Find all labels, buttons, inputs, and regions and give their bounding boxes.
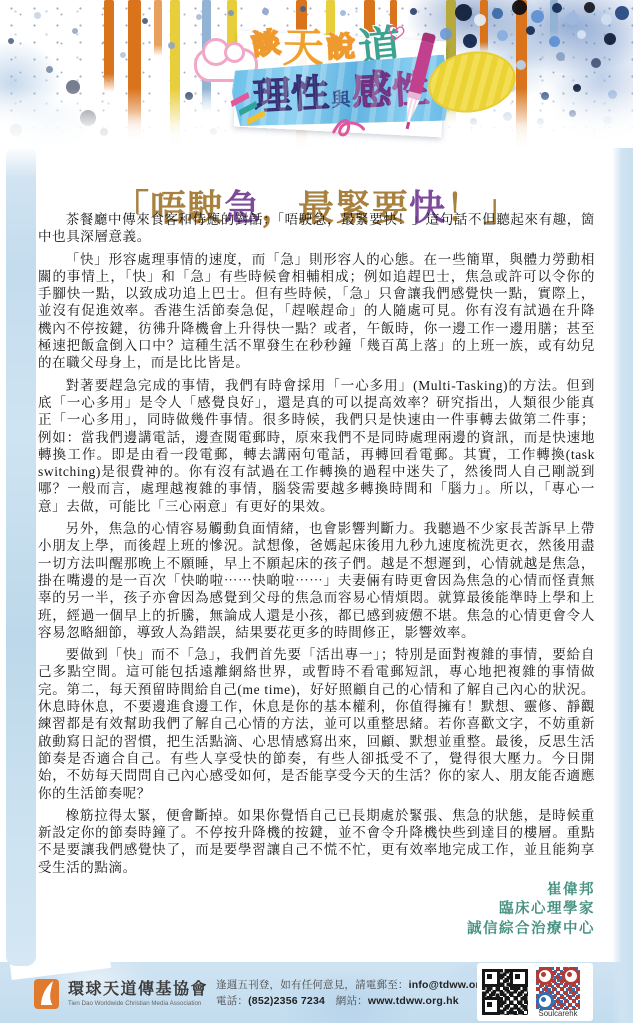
masthead-title-char: 與	[331, 90, 351, 110]
qr-label: Soulcarehk	[537, 1010, 579, 1019]
contact-line: 電話：(852)2356 7234 網站：www.tdww.org.hk	[216, 993, 502, 1009]
column-logo: 談 天 說 道 ♡ 理 性 與 感 性	[190, 8, 530, 153]
masthead-title-char: 感	[351, 70, 393, 112]
paragraph: 對著要趕急完成的事情，我們有時會採用「一心多用」(Multi-Tasking)的…	[38, 377, 595, 515]
website-text: www.tdww.org.hk	[368, 995, 459, 1007]
squiggle-icon	[330, 114, 368, 149]
qr-panel: Soulcarehk	[477, 963, 593, 1021]
paragraph: 茶餐廳中傳來食客和侍應的對話：「唔駛急，最緊要快！」這句話不但聽起來有趣，箇中也…	[38, 211, 595, 246]
author-block: 崔偉邦 臨床心理學家 誠信綜合治療中心	[38, 881, 595, 940]
footer: 環球天道傳基協會 Tien Dao Worldwide Christian Me…	[0, 962, 633, 1023]
paragraph: 要做到「快」而不「急」，我們首先要「活出專一」；特別是面對複雜的事情，要給自己多…	[38, 646, 595, 802]
author-org: 誠信綜合治療中心	[38, 920, 595, 940]
page: 談 天 說 道 ♡ 理 性 與 感 性 「唔駛急，最緊要	[0, 0, 633, 1023]
qr-code-soulcare-icon	[536, 967, 580, 1010]
article-body: 茶餐廳中傳來食客和侍應的對話：「唔駛急，最緊要快！」這句話不但聽起來有趣，箇中也…	[38, 211, 595, 939]
phone-text: (852)2356 7234	[248, 995, 325, 1007]
org-name-en: Tien Dao Worldwide Christian Media Assoc…	[68, 1000, 201, 1007]
footer-info: 逢週五刊登，如有任何意見，請電郵至：info@tdww.org.hk 電話：(8…	[216, 977, 502, 1009]
author-title: 臨床心理學家	[38, 900, 595, 920]
watercolor-border-left	[6, 146, 36, 966]
kicker-char: 談	[249, 20, 282, 64]
masthead-title-char: 性	[290, 75, 330, 115]
watercolor-border-right	[613, 148, 633, 1023]
publish-line: 逢週五刊登，如有任何意見，請電郵至：info@tdww.org.hk	[216, 977, 502, 993]
author-name: 崔偉邦	[38, 881, 595, 901]
org-logo-icon	[33, 976, 60, 1010]
kicker-char: 說	[326, 25, 355, 66]
paragraph: 「快」形容處理事情的速度，而「急」則形容人的心態。在一些簡單，與體力勞動相關的事…	[38, 251, 595, 372]
masthead: 談 天 說 道 ♡ 理 性 與 感 性	[0, 0, 633, 158]
qr-code-icon	[482, 969, 528, 1015]
paragraph: 另外，焦急的心情容易觸動負面情緒，也會影響判斷力。我聽過不少家長苦訴早上帶小朋友…	[38, 520, 595, 641]
paragraph: 橡筋拉得太緊，便會斷掉。如果你覺悟自己已長期處於緊張、焦急的狀態，是時候重新設定…	[38, 807, 595, 876]
masthead-title-char: 理	[252, 77, 292, 117]
